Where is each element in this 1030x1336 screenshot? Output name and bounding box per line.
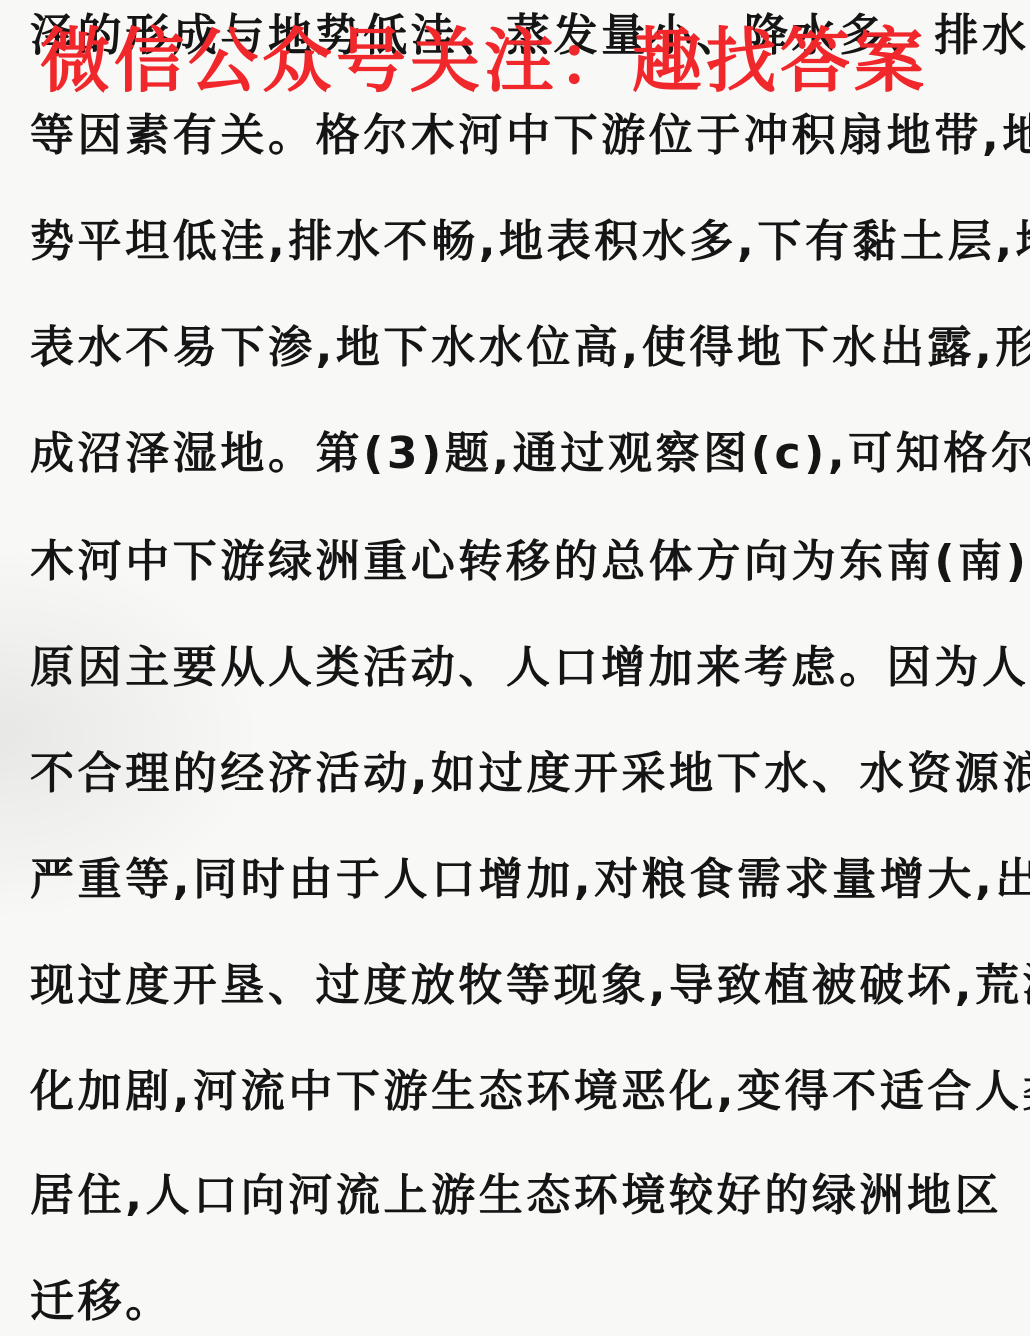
text-line-10: 现过度开垦、过度放牧等现象,导致植被破坏,荒漠 <box>30 958 1005 1014</box>
text-line-12: 居住,人口向河流上游生态环境较好的绿洲地区 <box>30 1168 1005 1224</box>
text-line-3: 势平坦低洼,排水不畅,地表积水多,下有黏土层,地 <box>30 214 1005 270</box>
text-line-7: 原因主要从人类活动、人口增加来考虑。因为人类 <box>30 640 1005 696</box>
text-line-11: 化加剧,河流中下游生态环境恶化,变得不适合人类 <box>30 1064 1005 1120</box>
document-page: 泽的形成与地势低洼、蒸发量小、降水多、排水不畅 微信公众号关注：趣找答案 等因素… <box>0 0 1030 1336</box>
text-line-5: 成沼泽湿地。第(3)题,通过观察图(c),可知格尔 <box>30 426 1005 482</box>
watermark-banner: 微信公众号关注：趣找答案 <box>40 16 1010 106</box>
text-line-4: 表水不易下渗,地下水水位高,使得地下水出露,形 <box>30 320 1005 376</box>
text-line-8: 不合理的经济活动,如过度开采地下水、水资源浪费 <box>30 746 1005 802</box>
text-line-9: 严重等,同时由于人口增加,对粮食需求量增大,出 <box>30 852 1005 908</box>
text-line-2: 等因素有关。格尔木河中下游位于冲积扇地带,地 <box>30 108 1005 164</box>
text-line-6: 木河中下游绿洲重心转移的总体方向为东南(南)。 <box>30 534 1005 590</box>
text-line-13: 迁移。 <box>30 1274 1005 1330</box>
